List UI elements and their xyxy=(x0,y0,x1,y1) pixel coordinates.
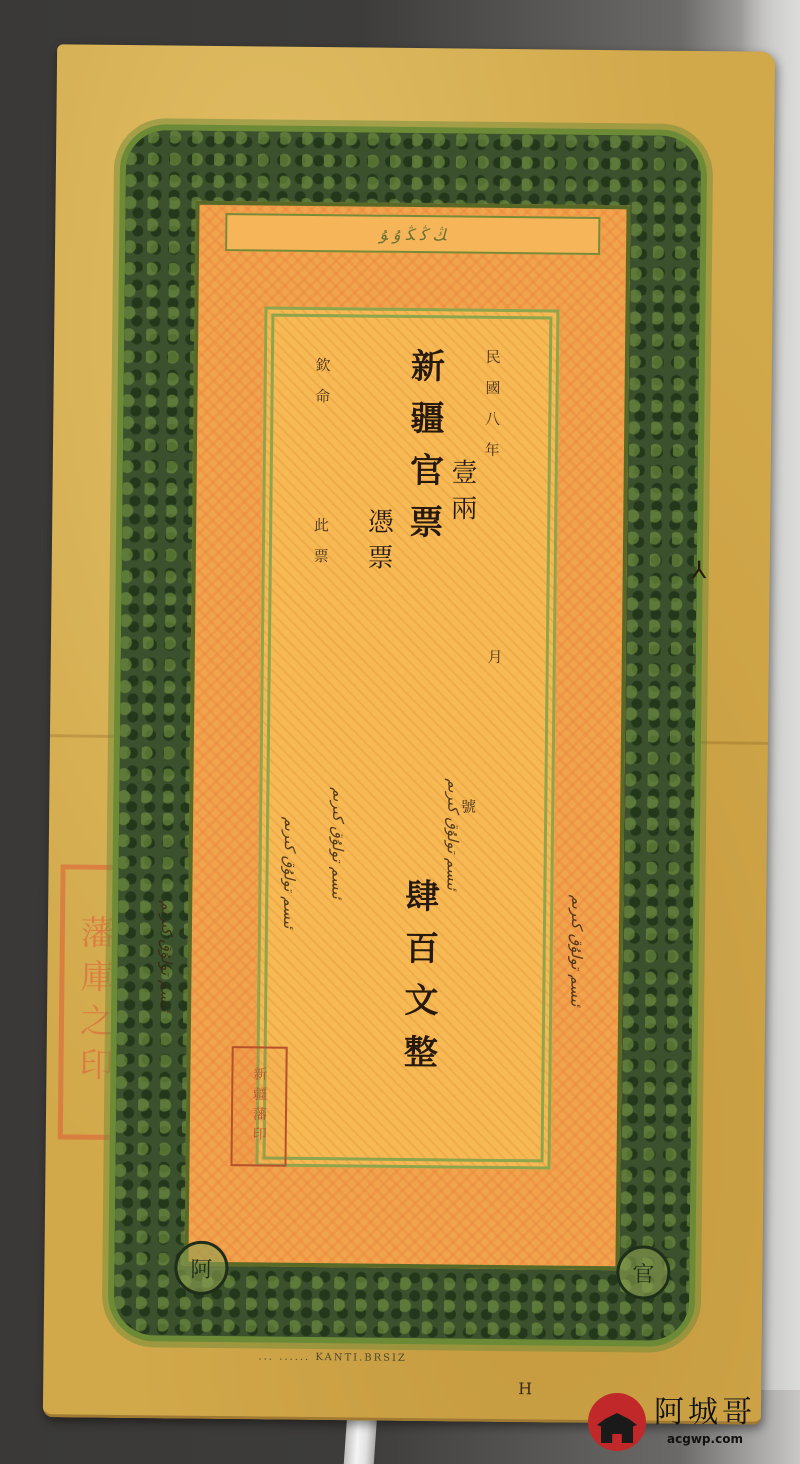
text-column-amount: 壹兩 xyxy=(447,458,475,530)
h-mark: H xyxy=(518,1379,532,1398)
ornamental-border: ﯔ ﯕ ﯖ ﯗ ﯘ 新疆官票 壹兩 憑票 肆百文整 民國八年 欽命 此票 月 號… xyxy=(114,130,702,1341)
text-month: 月 xyxy=(486,649,502,680)
corner-medallion-left: 阿 xyxy=(174,1241,229,1296)
red-seal: 新疆藩印 xyxy=(230,1046,287,1167)
banknote: 藩庫之印 ﯔ ﯕ ﯖ ﯗ ﯘ 新疆官票 壹兩 憑票 肆百文整 民國八年 欽命 此… xyxy=(43,44,775,1424)
center-panel: 新疆官票 壹兩 憑票 肆百文整 民國八年 欽命 此票 月 號 ئىسم تولۇ… xyxy=(255,306,559,1169)
denomination-column: 肆百文整 xyxy=(398,878,436,1086)
corner-medallion-right: 官 xyxy=(616,1245,671,1300)
watermark-logo: 阿城哥 acgwp.com xyxy=(588,1393,756,1451)
printer-imprint: ... ...... KANTI.BRSIZ xyxy=(258,1351,407,1364)
title-column: 新疆官票 xyxy=(404,348,442,556)
paper-tear-mark: ⅄ xyxy=(692,556,707,584)
text-column-left-b: 此票 xyxy=(312,517,328,579)
date-column: 民國八年 xyxy=(483,349,500,473)
uyghur-script-center-left: ئىسم تولۇق كىرىم xyxy=(326,787,347,1107)
uyghur-script-center-right: ئىسم تولۇق كىرىم xyxy=(441,778,462,1098)
text-column-voucher: 憑票 xyxy=(364,508,392,580)
text-column-left-a: 欽命 xyxy=(313,357,329,419)
uyghur-script-outer-right: ئىسم تولۇق كىرىم xyxy=(565,895,587,1235)
top-banner-uyghur: ﯔ ﯕ ﯖ ﯗ ﯘ xyxy=(225,213,600,255)
gate-icon xyxy=(588,1393,646,1451)
watermark-url: acgwp.com xyxy=(667,1432,743,1446)
watermark-name: 阿城哥 xyxy=(654,1398,756,1428)
uyghur-script-outer-left: ئىسم تولۇق كىرىم xyxy=(155,900,176,1230)
